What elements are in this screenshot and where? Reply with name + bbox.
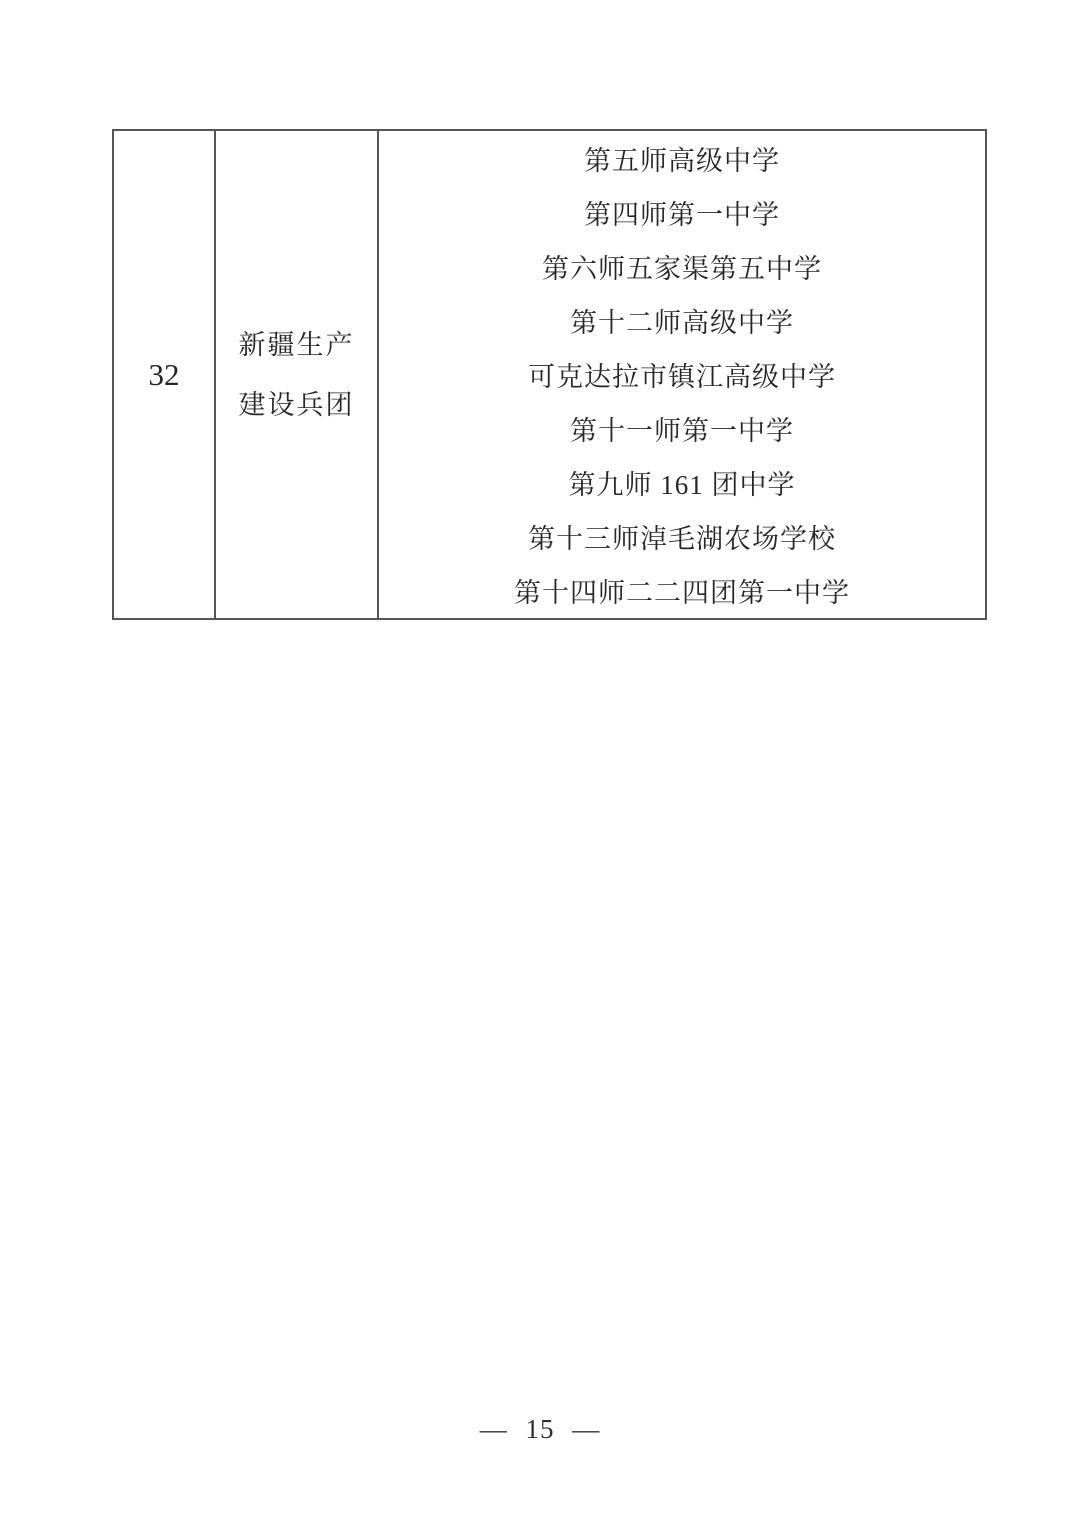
page-number: — 15 —	[0, 1414, 1080, 1445]
school-name: 第十二师高级中学	[379, 293, 985, 347]
school-name: 第五师高级中学	[379, 131, 985, 185]
document-page: 32 新疆生产 建设兵团 第五师高级中学 第四师第一中学 第六师五家渠第五中学 …	[0, 0, 1080, 1527]
school-name: 第六师五家渠第五中学	[379, 239, 985, 293]
school-name: 第四师第一中学	[379, 185, 985, 239]
region-name-line: 建设兵团	[239, 375, 355, 435]
row-index: 32	[149, 357, 180, 393]
row-index-cell: 32	[114, 131, 216, 618]
school-name: 第十三师淖毛湖农场学校	[379, 510, 985, 564]
region-name-line: 新疆生产	[239, 315, 355, 375]
region-cell: 新疆生产 建设兵团	[216, 131, 379, 618]
school-name: 可克达拉市镇江高级中学	[379, 347, 985, 401]
school-name: 第十一师第一中学	[379, 402, 985, 456]
school-name: 第九师 161 团中学	[379, 456, 985, 510]
schools-cell: 第五师高级中学 第四师第一中学 第六师五家渠第五中学 第十二师高级中学 可克达拉…	[379, 131, 985, 618]
school-list-table: 32 新疆生产 建设兵团 第五师高级中学 第四师第一中学 第六师五家渠第五中学 …	[112, 129, 987, 620]
school-name: 第十四师二二四团第一中学	[379, 564, 985, 618]
